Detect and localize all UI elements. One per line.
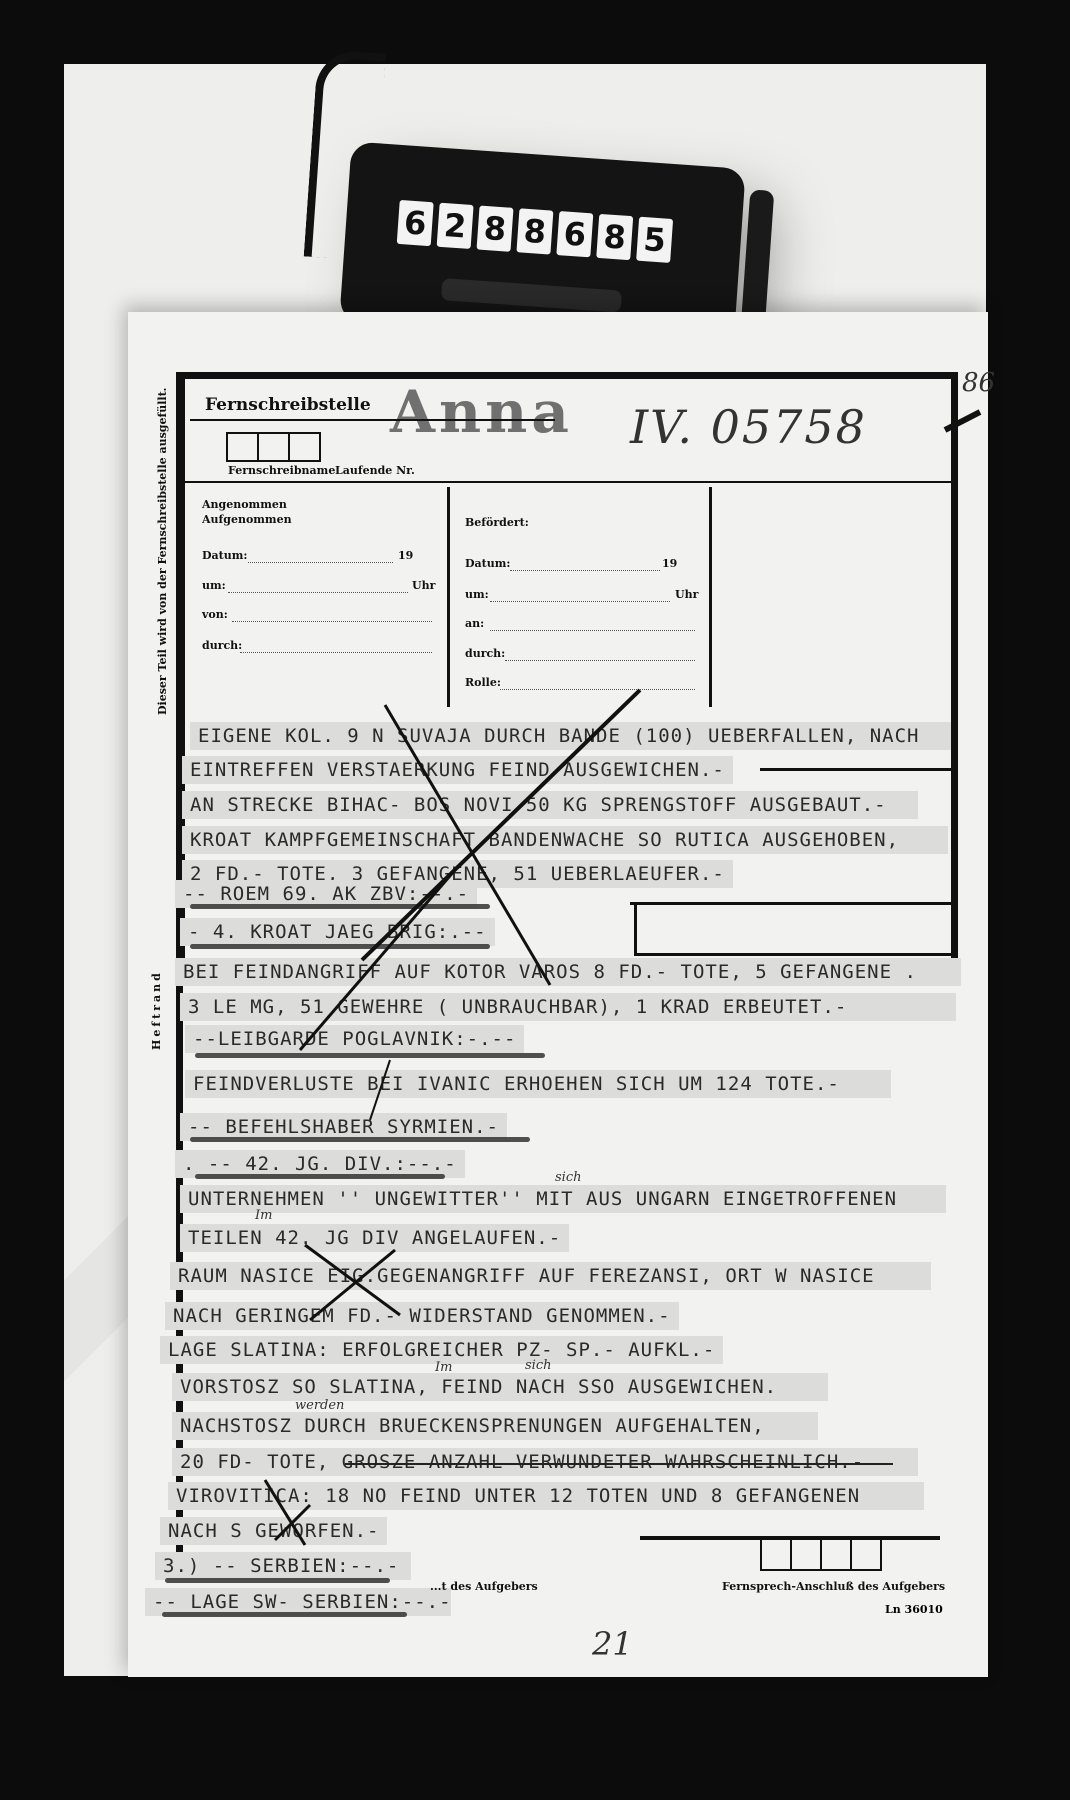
phone-label: Fernsprech-Anschluß des Aufgebers	[722, 1580, 945, 1593]
phone-number-boxes	[762, 1537, 882, 1571]
handwritten-insert: Im	[255, 1208, 272, 1223]
handwritten-insert: sich	[525, 1358, 551, 1373]
folio-mark: 21	[592, 1625, 633, 1663]
form-number: Ln 36010	[885, 1603, 943, 1616]
handwritten-insert: sich	[555, 1170, 581, 1185]
cross-out-marks	[0, 0, 1070, 1800]
handwritten-insert: Im	[435, 1360, 452, 1375]
sender-label: ...t des Aufgebers	[430, 1580, 538, 1593]
handwritten-insert: werden	[295, 1398, 344, 1413]
